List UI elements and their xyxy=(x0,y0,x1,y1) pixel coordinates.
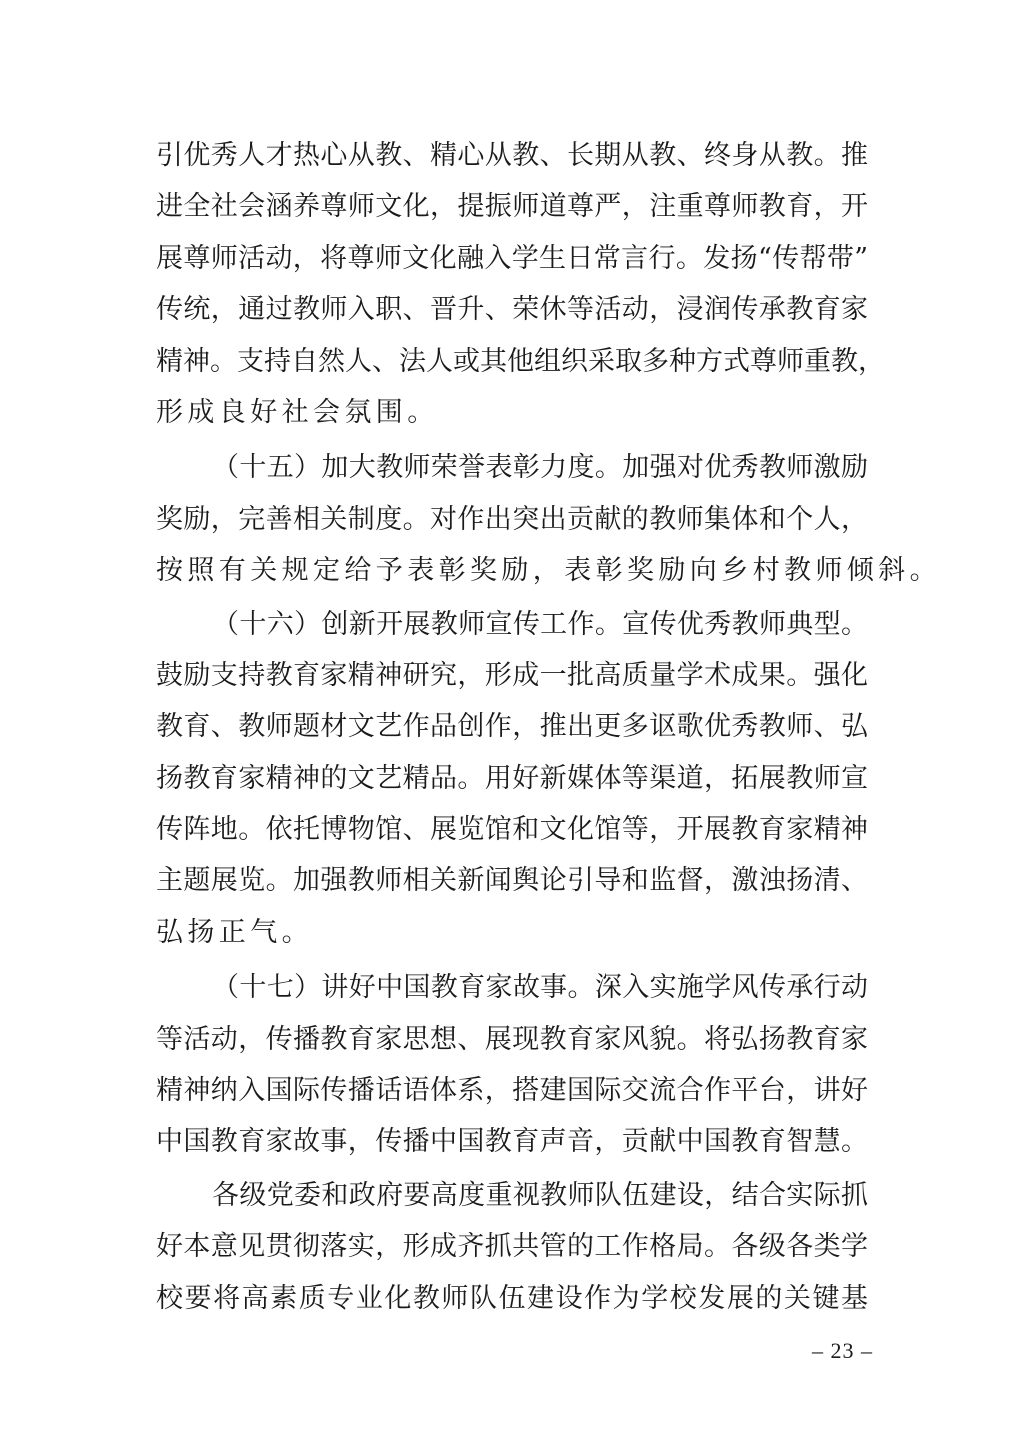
text-line: 传阵地。依托博物馆、展览馆和文化馆等，开展教育家精神 xyxy=(156,804,868,855)
paragraph-section-15: （十五）加大教师荣誉表彰力度。加强对优秀教师激励 奖励，完善相关制度。对作出突出… xyxy=(156,442,868,596)
paragraph-section-16: （十六）创新开展教师宣传工作。宣传优秀教师典型。 鼓励支持教育家精神研究，形成一… xyxy=(156,599,868,959)
text-line: 鼓励支持教育家精神研究，形成一批高质量学术成果。强化 xyxy=(156,650,868,701)
text-line: 校要将高素质专业化教师队伍建设作为学校发展的关键基 xyxy=(156,1273,868,1324)
page-number: – 23 – xyxy=(812,1338,873,1364)
paragraph-closing: 各级党委和政府要高度重视教师队伍建设，结合实际抓 好本意见贯彻落实，形成齐抓共管… xyxy=(156,1170,868,1324)
text-line: 弘扬正气。 xyxy=(156,907,868,958)
text-line: 好本意见贯彻落实，形成齐抓共管的工作格局。各级各类学 xyxy=(156,1221,868,1272)
text-line: 扬教育家精神的文艺精品。用好新媒体等渠道，拓展教师宣 xyxy=(156,753,868,804)
text-line: 形成良好社会氛围。 xyxy=(156,387,868,438)
paragraph-continuation: 引优秀人才热心从教、精心从教、长期从教、终身从教。推 进全社会涵养尊师文化，提振… xyxy=(156,130,868,438)
text-line: 教育、教师题材文艺作品创作，推出更多讴歌优秀教师、弘 xyxy=(156,701,868,752)
text-line: 展尊师活动，将尊师文化融入学生日常言行。发扬“传帮带” xyxy=(156,233,868,284)
text-line: 等活动，传播教育家思想、展现教育家风貌。将弘扬教育家 xyxy=(156,1014,868,1065)
paragraph-section-17: （十七）讲好中国教育家故事。深入实施学风传承行动 等活动，传播教育家思想、展现教… xyxy=(156,962,868,1168)
text-line: 主题展览。加强教师相关新闻舆论引导和监督，激浊扬清、 xyxy=(156,855,868,906)
text-line: 进全社会涵养尊师文化，提振师道尊严，注重尊师教育，开 xyxy=(156,181,868,232)
text-line: 传统，通过教师入职、晋升、荣休等活动，浸润传承教育家 xyxy=(156,284,868,335)
text-line: 各级党委和政府要高度重视教师队伍建设，结合实际抓 xyxy=(156,1170,868,1221)
text-line: 按照有关规定给予表彰奖励，表彰奖励向乡村教师倾斜。 xyxy=(156,545,868,596)
text-line: 奖励，完善相关制度。对作出突出贡献的教师集体和个人， xyxy=(156,494,868,545)
text-line: 中国教育家故事，传播中国教育声音，贡献中国教育智慧。 xyxy=(156,1116,868,1167)
text-line: 精神纳入国际传播话语体系，搭建国际交流合作平台，讲好 xyxy=(156,1065,868,1116)
text-line: 引优秀人才热心从教、精心从教、长期从教、终身从教。推 xyxy=(156,130,868,181)
section-heading-line: （十五）加大教师荣誉表彰力度。加强对优秀教师激励 xyxy=(156,442,868,493)
section-heading-line: （十七）讲好中国教育家故事。深入实施学风传承行动 xyxy=(156,962,868,1013)
text-line: 精神。支持自然人、法人或其他组织采取多种方式尊师重教， xyxy=(156,336,868,387)
section-heading-line: （十六）创新开展教师宣传工作。宣传优秀教师典型。 xyxy=(156,599,868,650)
document-page: 引优秀人才热心从教、精心从教、长期从教、终身从教。推 进全社会涵养尊师文化，提振… xyxy=(156,130,868,1324)
